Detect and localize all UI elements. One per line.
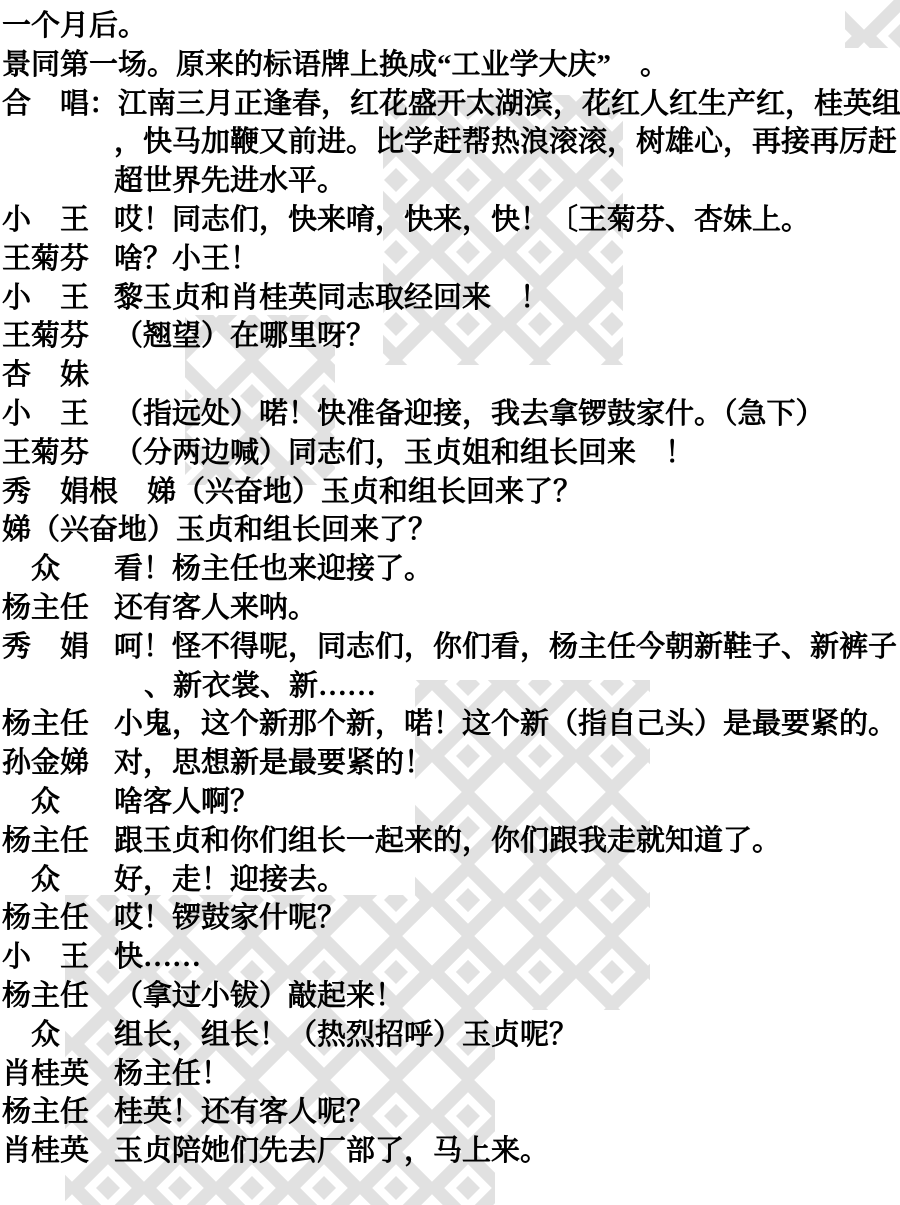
speaker-name: 孙金娣: [0, 744, 114, 783]
speaker-name: 肖桂英: [0, 1055, 114, 1094]
speaker-name: 王菊芬: [0, 317, 114, 356]
line-text: 秀 娟根 娣（兴奋地）玉贞和组长回来了？: [0, 473, 582, 512]
script-line: 杏 妹: [0, 356, 900, 395]
speaker-name: 杨主任: [0, 977, 114, 1016]
dialogue-text: 杨主任！: [114, 1055, 900, 1094]
script-line: 、新衣裳、新……: [0, 667, 900, 706]
dialogue-text: 看！杨主任也来迎接了。: [114, 550, 900, 589]
speaker-name: [0, 162, 114, 201]
script-line: 杨主任 （拿过小钹）敲起来！: [0, 977, 900, 1016]
script-line: 小 王 哎！同志们，快来唷，快来，快！〔王菊芬、杏妹上。: [0, 201, 900, 240]
dialogue-text: 啥？小王！: [114, 240, 900, 279]
speaker-name: 小 王: [0, 938, 114, 977]
dialogue-text: 跟玉贞和你们组长一起来的，你们跟我走就知道了。: [114, 822, 900, 861]
dialogue-text: 黎玉贞和肖桂英同志取经回来 ！: [114, 279, 900, 318]
script-line: 杨主任 桂英！还有客人呢？: [0, 1093, 900, 1132]
dialogue-text: 啥客人啊？: [114, 783, 900, 822]
script-line: 超世界先进水平。: [0, 162, 900, 201]
dialogue-text: （指远处）喏！快准备迎接，我去拿锣鼓家什。（急下）: [114, 395, 900, 434]
dialogue-text: 还有客人来呐。: [114, 589, 900, 628]
script-line: ，快马加鞭又前进。比学赶帮热浪滚滚，树雄心，再接再厉赶: [0, 123, 900, 162]
dialogue-text: （翘望）在哪里呀？: [114, 317, 900, 356]
speaker-name: 杨主任: [0, 822, 114, 861]
script-line: 孙金娣 对，思想新是最要紧的！: [0, 744, 900, 783]
speaker-name: 小 王: [0, 395, 114, 434]
dialogue-text: 桂英！还有客人呢？: [114, 1093, 900, 1132]
speaker-name: [0, 123, 114, 162]
script-line-full: 景同第一场。原来的标语牌上换成“工业学大庆” 。: [0, 46, 900, 85]
dialogue-text: 玉贞陪她们先去厂部了，马上来。: [114, 1132, 900, 1171]
speaker-name: 众: [0, 1016, 114, 1055]
speaker-name: 小 王: [0, 201, 114, 240]
script-line: 众 好，走！迎接去。: [0, 861, 900, 900]
dialogue-text: 小鬼，这个新那个新，喏！这个新（指自己头）是最要紧的。: [114, 705, 900, 744]
script-line: 小 王 快……: [0, 938, 900, 977]
dialogue-text: ，快马加鞭又前进。比学赶帮热浪滚滚，树雄心，再接再厉赶: [114, 123, 900, 162]
speaker-name: 众: [0, 783, 114, 822]
script-line-full: 娣（兴奋地）玉贞和组长回来了？: [0, 511, 900, 550]
dialogue-text: [114, 356, 900, 395]
dialogue-text: 、新衣裳、新……: [114, 667, 900, 706]
speaker-name: 肖桂英: [0, 1132, 114, 1171]
speaker-name: 秀 娟: [0, 628, 114, 667]
speaker-name: 杏 妹: [0, 356, 114, 395]
speaker-name: 王菊芬: [0, 240, 114, 279]
dialogue-text: 组长，组长！（热烈招呼）玉贞呢？: [114, 1016, 900, 1055]
speaker-name: 杨主任: [0, 899, 114, 938]
script-line: 众 啥客人啊？: [0, 783, 900, 822]
line-text: 娣（兴奋地）玉贞和组长回来了？: [0, 511, 437, 550]
script-lines: 一个月后。 景同第一场。原来的标语牌上换成“工业学大庆” 。 合 唱：江南三月正…: [0, 0, 900, 1171]
script-line-full: 合 唱：江南三月正逢春，红花盛开太湖滨，花红人红生产红，桂英组: [0, 85, 900, 124]
script-line: 小 王 （指远处）喏！快准备迎接，我去拿锣鼓家什。（急下）: [0, 395, 900, 434]
speaker-name: 众: [0, 550, 114, 589]
dialogue-text: （分两边喊）同志们，玉贞姐和组长回来 ！: [114, 434, 900, 473]
dialogue-text: （拿过小钹）敲起来！: [114, 977, 900, 1016]
speaker-name: [0, 667, 114, 706]
script-line-full: 秀 娟根 娣（兴奋地）玉贞和组长回来了？: [0, 473, 900, 512]
script-line: 王菊芬 啥？小王！: [0, 240, 900, 279]
script-line: 杨主任 还有客人来呐。: [0, 589, 900, 628]
script-line: 王菊芬 （翘望）在哪里呀？: [0, 317, 900, 356]
dialogue-text: 对，思想新是最要紧的！: [114, 744, 900, 783]
script-line: 众 看！杨主任也来迎接了。: [0, 550, 900, 589]
dialogue-text: 呵！怪不得呢，同志们，你们看，杨主任今朝新鞋子、新裤子: [114, 628, 900, 667]
line-text: 合 唱：江南三月正逢春，红花盛开太湖滨，花红人红生产红，桂英组: [0, 85, 900, 124]
script-line: 秀 娟 呵！怪不得呢，同志们，你们看，杨主任今朝新鞋子、新裤子: [0, 628, 900, 667]
dialogue-text: 好，走！迎接去。: [114, 861, 900, 900]
speaker-name: 小 王: [0, 279, 114, 318]
script-line: 杨主任 跟玉贞和你们组长一起来的，你们跟我走就知道了。: [0, 822, 900, 861]
script-line: 肖桂英 玉贞陪她们先去厂部了，马上来。: [0, 1132, 900, 1171]
line-text: 一个月后。: [0, 7, 147, 46]
script-line-full: 一个月后。: [0, 7, 900, 46]
script-line: 众 组长，组长！（热烈招呼）玉贞呢？: [0, 1016, 900, 1055]
script-line: 肖桂英 杨主任！: [0, 1055, 900, 1094]
script-line: 杨主任 小鬼，这个新那个新，喏！这个新（指自己头）是最要紧的。: [0, 705, 900, 744]
line-text: 景同第一场。原来的标语牌上换成“工业学大庆” 。: [0, 46, 669, 85]
dialogue-text: 快……: [114, 938, 900, 977]
script-page: 一个月后。 景同第一场。原来的标语牌上换成“工业学大庆” 。 合 唱：江南三月正…: [0, 0, 900, 1171]
script-line: 王菊芬 （分两边喊）同志们，玉贞姐和组长回来 ！: [0, 434, 900, 473]
speaker-name: 杨主任: [0, 1093, 114, 1132]
speaker-name: 杨主任: [0, 589, 114, 628]
speaker-name: 众: [0, 861, 114, 900]
speaker-name: 杨主任: [0, 705, 114, 744]
dialogue-text: 超世界先进水平。: [114, 162, 900, 201]
speaker-name: 王菊芬: [0, 434, 114, 473]
dialogue-text: 哎！同志们，快来唷，快来，快！〔王菊芬、杏妹上。: [114, 201, 900, 240]
dialogue-text: 哎！锣鼓家什呢？: [114, 899, 900, 938]
script-line: 小 王 黎玉贞和肖桂英同志取经回来 ！: [0, 279, 900, 318]
script-line: 杨主任 哎！锣鼓家什呢？: [0, 899, 900, 938]
